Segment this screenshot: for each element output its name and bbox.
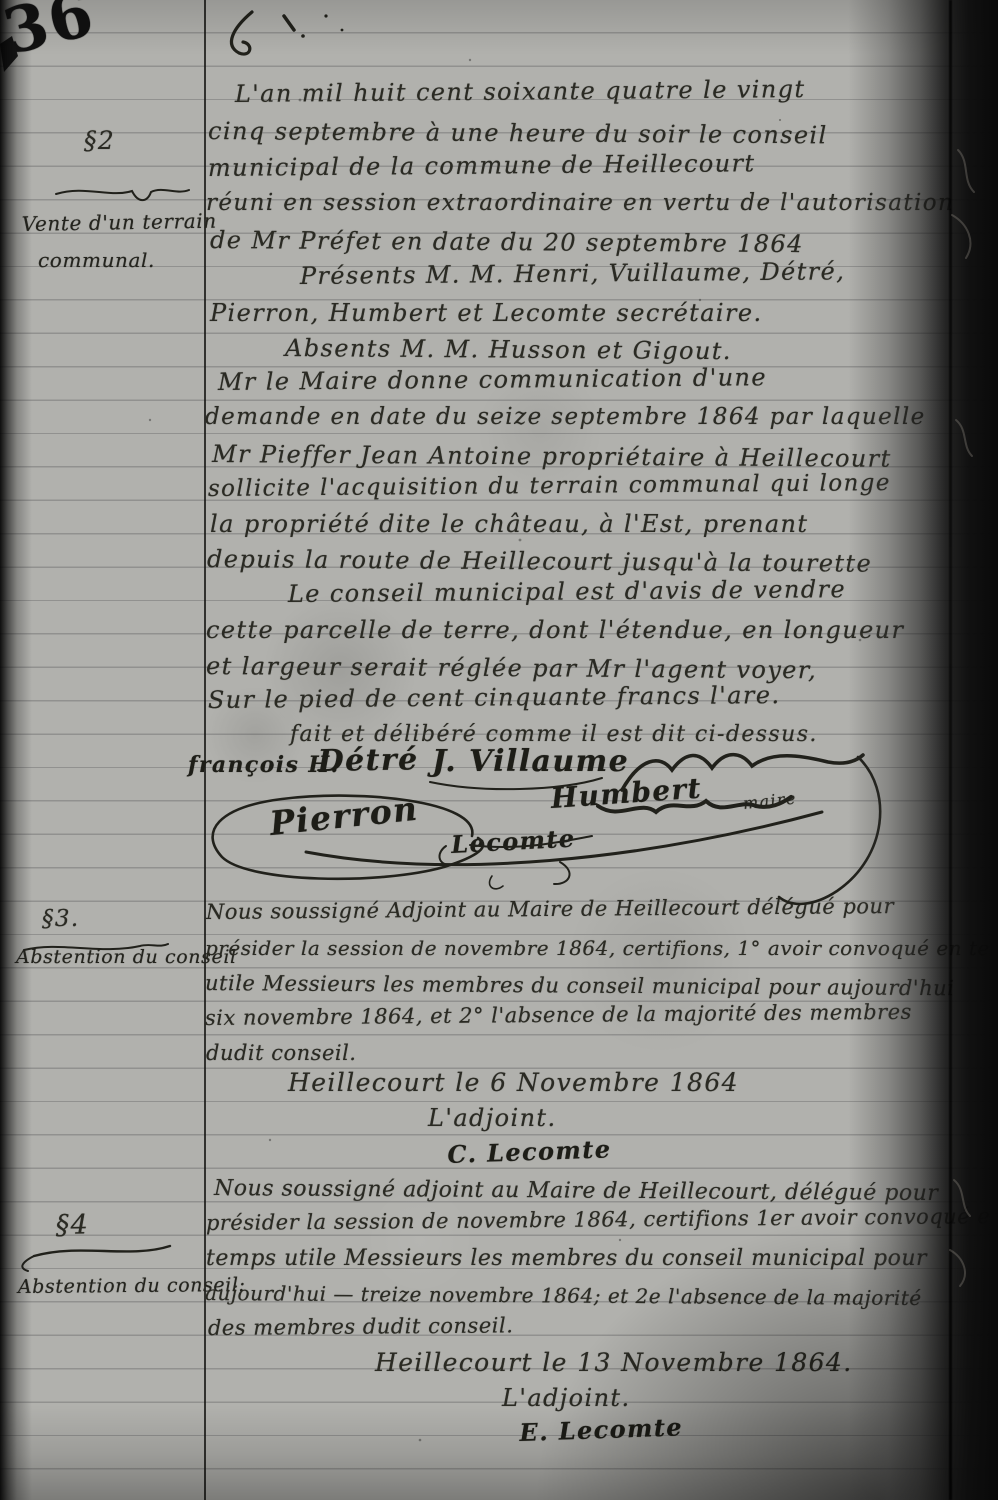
- ink-spot: [341, 29, 344, 32]
- margin-note-vente-line2: communal.: [38, 248, 155, 272]
- page-number: 36: [0, 0, 102, 69]
- manuscript-line: et largeur serait réglée par Mr l'agent …: [206, 652, 817, 684]
- manuscript-line: Mr Pieffer Jean Antoine propriétaire à H…: [212, 440, 892, 473]
- ink-spot: [324, 14, 327, 17]
- manuscript-line: demande en date du seize septembre 1864 …: [205, 404, 926, 430]
- margin-flourish-4-tail: [22, 1256, 34, 1271]
- manuscript-line: six novembre 1864, et 2° l'absence de la…: [205, 1000, 912, 1030]
- signature-villaume: J. Villaume: [432, 744, 629, 779]
- manuscript-line: des membres dudit conseil.: [208, 1313, 514, 1340]
- ink-spot: [284, 16, 294, 30]
- margin-note-abstention-1: Abstention du conseil: [16, 946, 237, 968]
- place-date-line: Heillecourt le 13 Novembre 1864.: [375, 1348, 853, 1377]
- manuscript-line: Le conseil municipal est d'avis de vendr…: [288, 575, 846, 608]
- manuscript-line: cinq septembre à une heure du soir le co…: [208, 117, 828, 149]
- signature-c-lecomte: C. Lecomte: [447, 1134, 612, 1169]
- margin-section-mark-4: §4: [55, 1209, 89, 1241]
- role-line-adjoint: L'adjoint.: [428, 1104, 557, 1132]
- manuscript-line: la propriété dite le château, à l'Est, p…: [210, 510, 808, 538]
- manuscript-line: Présents M. M. Henri, Vuillaume, Détré,: [300, 257, 846, 290]
- place-date-line: Heillecourt le 6 Novembre 1864: [288, 1068, 739, 1097]
- signature-maire-label: maire: [742, 788, 798, 813]
- lecomte-tail-flourish: [554, 862, 570, 884]
- manuscript-line: réuni en session extraordinaire en vertu…: [206, 190, 954, 216]
- ink-spot: [301, 34, 305, 38]
- margin-section-mark-3: §3.: [42, 906, 80, 932]
- signature-e-lecomte: E. Lecomte: [519, 1412, 683, 1447]
- manuscript-line: Pierron, Humbert et Lecomte secrétaire.: [210, 299, 763, 327]
- signature-pierron: Pierron: [268, 789, 420, 843]
- manuscript-line: présider la session de novembre 1864, ce…: [205, 936, 998, 960]
- manuscript-line: Absents M. M. Husson et Gigout.: [285, 334, 732, 365]
- signature-lecomte: Lecomte: [450, 824, 576, 859]
- margin-section-mark-2: §2: [84, 126, 115, 155]
- manuscript-line: Nous soussigné adjoint au Maire de Heill…: [214, 1176, 938, 1206]
- manuscript-line: utile Messieurs les membres du conseil m…: [205, 971, 954, 1000]
- manuscript-line: dudit conseil.: [206, 1041, 356, 1065]
- gutter-crease: [949, 0, 952, 1500]
- margin-brace-2: [56, 190, 189, 200]
- margin-flourish-4: [34, 1246, 170, 1256]
- margin-note-vente-line1: Vente d'un terrain: [22, 209, 217, 236]
- corner-flourish: [231, 12, 252, 54]
- mayor-signature-tail: [779, 757, 880, 904]
- manuscript-line: sollicite l'acquisition du terrain commu…: [208, 470, 891, 502]
- role-line-adjoint: L'adjoint.: [502, 1384, 631, 1412]
- manuscript-line: Nous soussigné Adjoint au Maire de Heill…: [206, 894, 894, 924]
- manuscript-line: L'an mil huit cent soixante quatre le vi…: [235, 75, 806, 108]
- manuscript-line: depuis la route de Heillecourt jusqu'à l…: [207, 545, 872, 578]
- manuscript-line: Mr le Maire donne communication d'une: [218, 363, 767, 396]
- manuscript-line: municipal de la commune de Heillecourt: [208, 149, 756, 182]
- register-page-scan: 36 §2 Vente d'un terrain communal. §3. A…: [0, 0, 998, 1500]
- manuscript-line: temps utile Messieurs les membres du con…: [206, 1246, 927, 1271]
- signature-detre: Détré: [317, 742, 418, 779]
- manuscript-line: cette parcelle de terre, dont l'étendue,…: [206, 616, 904, 644]
- manuscript-line: présider la session de novembre 1864, ce…: [206, 1204, 998, 1235]
- et-mark: [490, 876, 504, 889]
- manuscript-line: Sur le pied de cent cinquante francs l'a…: [208, 681, 781, 714]
- manuscript-line: de Mr Préfet en date du 20 septembre 186…: [210, 226, 804, 258]
- manuscript-line: aujourd'hui — treize novembre 1864; et 2…: [205, 1281, 922, 1310]
- lecomte-pre-flourish: [439, 846, 448, 865]
